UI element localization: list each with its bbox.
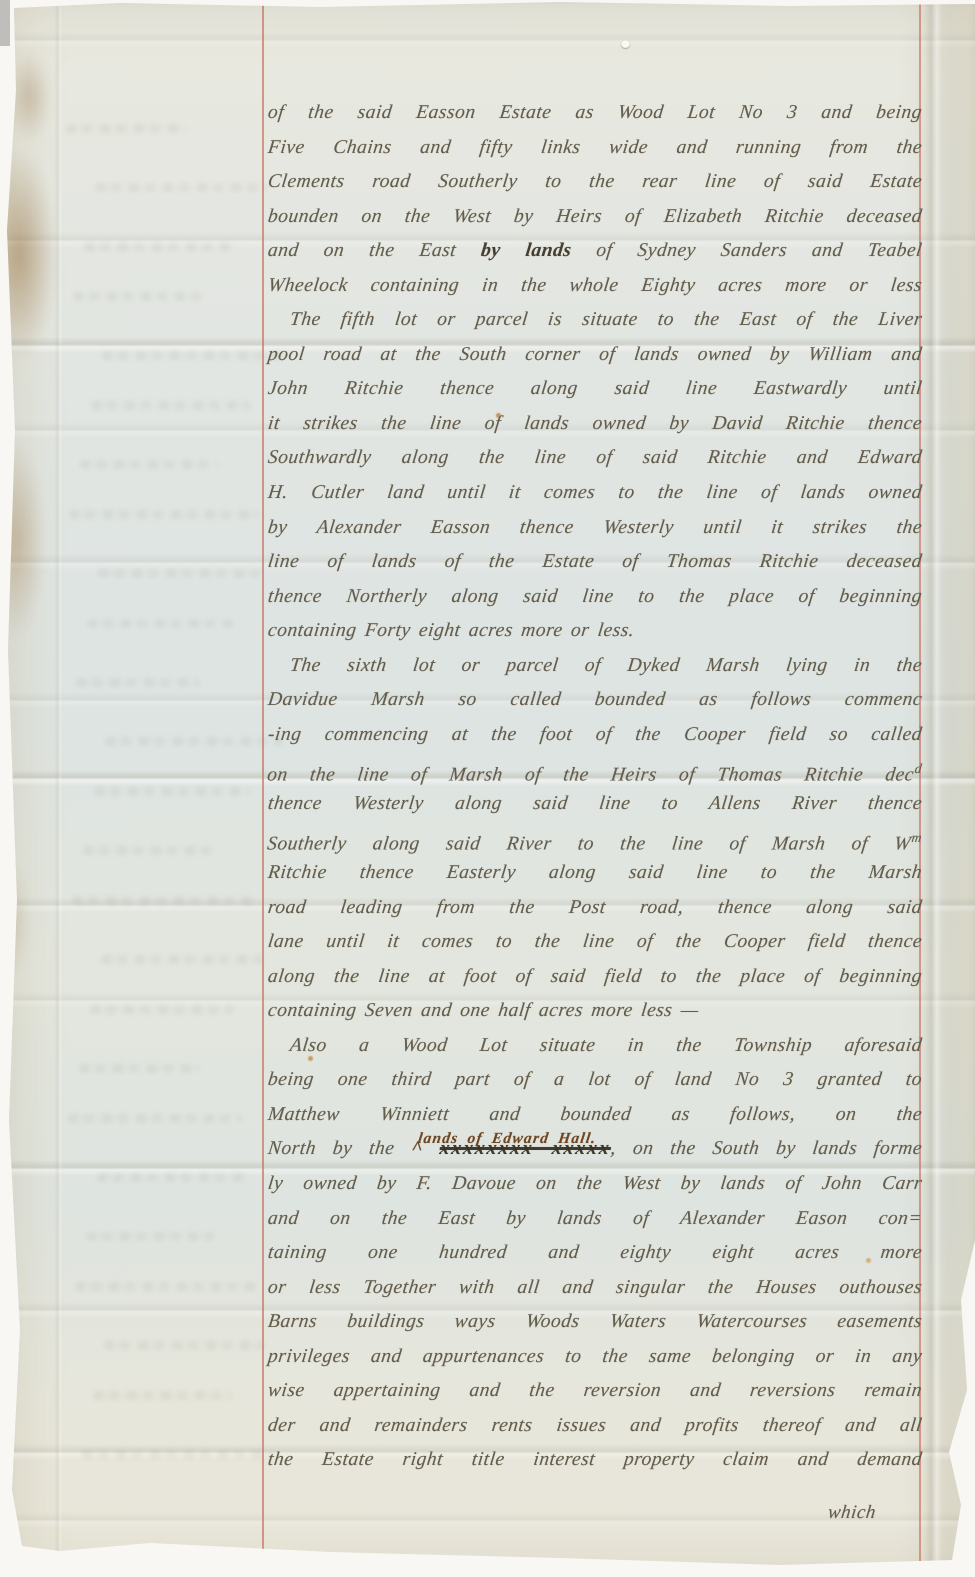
edge-stain <box>0 150 57 360</box>
showthrough-line <box>69 510 260 519</box>
showthrough-line <box>80 460 218 469</box>
manuscript-line: and on the East by lands of Sydney Sande… <box>266 234 924 269</box>
manuscript-line: along the line at foot of said field to … <box>266 960 924 995</box>
showthrough-line <box>73 292 202 301</box>
manuscript-line: the Estate right title interest property… <box>266 1443 924 1478</box>
manuscript-line: H. Cutler land until it comes to the lin… <box>266 476 924 511</box>
showthrough-line <box>76 678 201 687</box>
manuscript-line: Also a Wood Lot situate in the Township … <box>266 1029 924 1064</box>
showthrough-line <box>66 124 186 133</box>
vertical-fold <box>54 0 62 1577</box>
manuscript-line: taining one hundred and eighty eight acr… <box>266 1236 924 1271</box>
showthrough-line <box>83 846 217 855</box>
catchword: which <box>826 1498 878 1528</box>
showthrough-line <box>94 787 250 796</box>
showthrough-line <box>98 569 267 578</box>
scan-edge-shadow <box>0 0 10 46</box>
showthrough-line <box>86 1232 216 1241</box>
manuscript-line: road leading from the Post road, thence … <box>266 891 924 926</box>
manuscript-line: pool road at the South corner of lands o… <box>266 338 924 373</box>
showthrough-line <box>104 1341 265 1350</box>
manuscript-line: of the said Easson Estate as Wood Lot No… <box>266 96 924 131</box>
fold-crease <box>0 32 975 48</box>
manuscript-line: containing Seven and one half acres more… <box>266 994 924 1029</box>
showthrough-line <box>72 896 259 905</box>
showthrough-line <box>79 1064 200 1073</box>
manuscript-line: Davidue Marsh so called bounded as follo… <box>266 683 924 718</box>
showthrough-line <box>75 1282 258 1291</box>
manuscript-line: and on the East by lands of Alexander Ea… <box>266 1202 924 1237</box>
showthrough-line <box>105 737 283 746</box>
interline-insertion: lands of Edward Hall. <box>416 1128 598 1150</box>
edge-stain <box>0 860 30 980</box>
manuscript-line: Five Chains and fifty links wide and run… <box>266 131 924 166</box>
showthrough-line <box>101 955 266 964</box>
manuscript-line: -ing commencing at the foot of the Coope… <box>266 718 924 753</box>
manuscript-line: ly owned by F. Davoue on the West by lan… <box>266 1167 924 1202</box>
showthrough-line <box>82 1450 274 1459</box>
manuscript-line: Clements road Southerly to the rear line… <box>266 165 924 200</box>
manuscript-line: Southerly along said River to the line o… <box>266 821 924 856</box>
scanned-manuscript-page: of the said Easson Estate as Wood Lot No… <box>0 0 975 1577</box>
manuscript-line: thence Westerly along said line to Allen… <box>266 787 924 822</box>
manuscript-line: thence Northerly along said line to the … <box>266 580 924 615</box>
manuscript-line: privileges and appurtenances to the same… <box>266 1340 924 1375</box>
manuscript-line: lane until it comes to the line of the C… <box>266 925 924 960</box>
manuscript-line: by Alexander Easson thence Westerly unti… <box>266 511 924 546</box>
manuscript-line: The sixth lot or parcel of Dyked Marsh l… <box>266 649 924 684</box>
vertical-fold <box>924 0 942 1577</box>
showthrough-line <box>84 242 235 251</box>
manuscript-line: containing Forty eight acres more or les… <box>266 614 924 649</box>
paper-flaw <box>621 40 630 48</box>
manuscript-line: Southwardly along the line of said Ritch… <box>266 441 924 476</box>
manuscript-line: line of lands of the Estate of Thomas Ri… <box>266 545 924 580</box>
showthrough-line <box>91 401 251 410</box>
manuscript-line: bounden on the West by Heirs of Elizabet… <box>266 200 924 235</box>
manuscript-line: it strikes the line of lands owned by Da… <box>266 407 924 442</box>
edge-stain <box>6 52 52 142</box>
manuscript-line: der and remainders rents issues and prof… <box>266 1409 924 1444</box>
showthrough-line <box>95 183 268 192</box>
manuscript-line: Barns buildings ways Woods Waters Waterc… <box>266 1305 924 1340</box>
showthrough-line <box>93 1391 232 1400</box>
showthrough-line <box>97 1173 249 1182</box>
paper-sheet: of the said Easson Estate as Wood Lot No… <box>0 0 975 1577</box>
manuscript-text-block: of the said Easson Estate as Wood Lot No… <box>268 96 922 1478</box>
showthrough-line <box>90 1005 233 1014</box>
manuscript-line: wise appertaining and the reversion and … <box>266 1374 924 1409</box>
manuscript-line: on the line of Marsh of the Heirs of Tho… <box>266 752 924 787</box>
manuscript-line: or less Together with all and singular t… <box>266 1271 924 1306</box>
manuscript-line: Ritchie thence Easterly along said line … <box>266 856 924 891</box>
showthrough-line <box>102 351 284 360</box>
manuscript-line: The fifth lot or parcel is situate to th… <box>266 303 924 338</box>
showthrough-line <box>68 1114 242 1123</box>
manuscript-line: Wheelock containing in the whole Eighty … <box>266 269 924 304</box>
manuscript-line: being one third part of a lot of land No… <box>266 1063 924 1098</box>
edge-stain <box>0 440 46 640</box>
showthrough-line <box>87 619 234 628</box>
margin-rule-left <box>262 0 264 1577</box>
manuscript-line: John Ritchie thence along said line East… <box>266 372 924 407</box>
